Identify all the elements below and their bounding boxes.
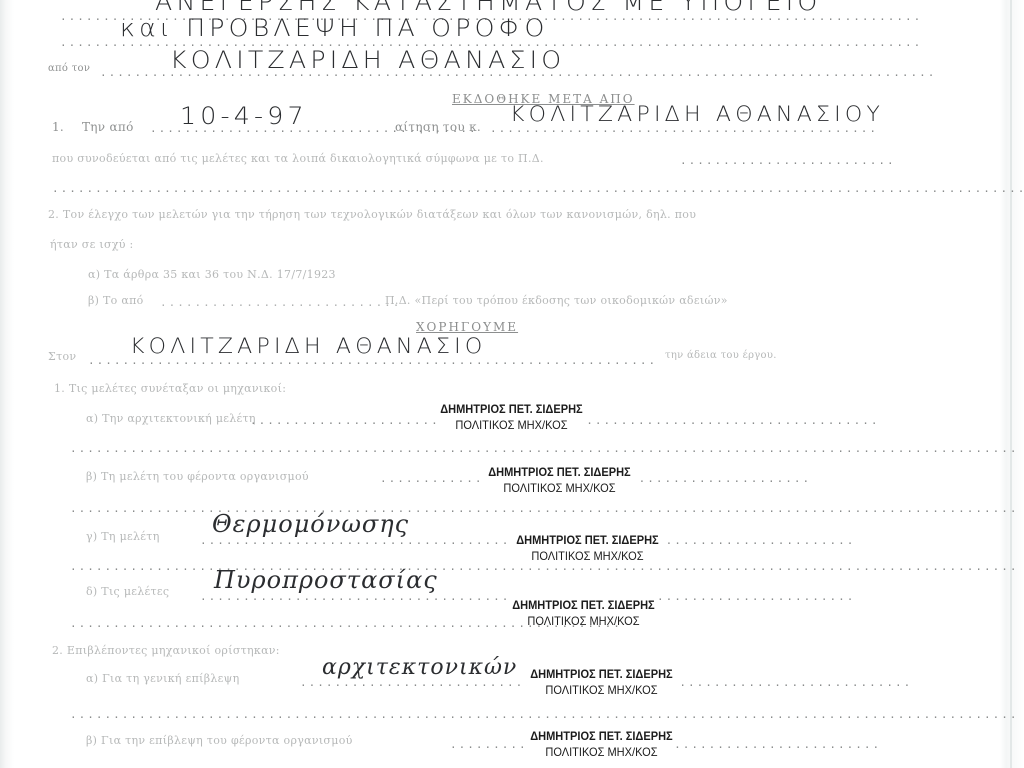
supervision-label: α) Για τη γενική επίβλεψη	[86, 672, 239, 685]
item2-sub-a: α) Τα άρθρα 35 και 36 του Ν.Δ. 17/7/1923	[88, 268, 336, 281]
study-label: α) Την αρχιτεκτονική μελέτη	[86, 412, 256, 425]
stamp-name: ΔΗΜΗΤΡΙΟΣ ΠΕΤ. ΣΙΔΕΡΗΣ	[530, 728, 672, 744]
dotted-leader: ........................................…	[70, 708, 1018, 721]
stamp-title: ΠΟΛΙΤΙΚΟΣ ΜΗΧ/ΚΟΣ	[530, 744, 672, 760]
handwritten-from-value: ΚΟΛΙΤΖΑΡΙΔΗ ΑΘΑΝΑΣΙΟ	[170, 46, 565, 74]
study-label: γ) Τη μελέτη	[86, 530, 160, 543]
dotted-leader: ........................................…	[70, 762, 1018, 768]
stamp-title: ΠΟΛΙΤΙΚΟΣ ΜΗΧ/ΚΟΣ	[530, 682, 672, 698]
study-label: β) Τη μελέτη του φέροντα οργανισμού	[86, 470, 309, 483]
grant-suffix: την άδεια του έργου.	[665, 350, 777, 361]
engineer-stamp: ΔΗΜΗΤΡΙΟΣ ΠΕΤ. ΣΙΔΕΡΗΣ ΠΟΛΙΤΙΚΟΣ ΜΗΧ/ΚΟΣ	[485, 464, 635, 496]
handwritten-study-type: Θερμομόνωσης	[212, 510, 409, 538]
scanned-document-page: ........................................…	[0, 0, 1024, 768]
stamp-title: ΠΟΛΙΤΙΚΟΣ ΜΗΧ/ΚΟΣ	[440, 417, 582, 433]
handwritten-applicant: ΚΟΛΙΤΖΑΡΙΔΗ ΑΘΑΝΑΣΙΟΥ	[510, 102, 884, 126]
scan-edge	[1010, 0, 1012, 768]
supervision-label: β) Για την επίβλεψη του φέροντα οργανισμ…	[86, 734, 353, 747]
stamp-name: ΔΗΜΗΤΡΙΟΣ ΠΕΤ. ΣΙΔΕΡΗΣ	[530, 666, 672, 682]
handwritten-subject-line-2: και ΠΡΟΒΛΕΨΗ ΠΑ ΟΡΟΦΟ	[120, 14, 549, 42]
item2-sub-b-suffix: Π.Δ. «Περί του τρόπου έκδοσης των οικοδο…	[385, 294, 728, 307]
study-label: δ) Τις μελέτες	[86, 585, 169, 598]
stamp-name: ΔΗΜΗΤΡΙΟΣ ΠΕΤ. ΣΙΔΕΡΗΣ	[440, 401, 582, 417]
stamp-name: ΔΗΜΗΤΡΙΟΣ ΠΕΤ. ΣΙΔΕΡΗΣ	[488, 464, 630, 480]
from-label: από τον	[48, 63, 90, 74]
supervision-intro: 2. Επιβλέποντες μηχανικοί ορίστηκαν:	[52, 644, 280, 657]
item1-middle: αίτηση του κ.	[395, 120, 481, 134]
dotted-leader: ............................	[160, 296, 401, 309]
stamp-title: ΠΟΛΙΤΙΚΟΣ ΜΗΧ/ΚΟΣ	[488, 480, 630, 496]
dotted-leader: ........................................…	[52, 182, 1024, 195]
item2-continuation: ήταν σε ισχύ :	[50, 238, 134, 251]
dotted-leader: .........................	[680, 154, 896, 167]
item1-number: 1.	[52, 120, 64, 134]
engineer-stamp: ΔΗΜΗΤΡΙΟΣ ΠΕΤ. ΣΙΔΕΡΗΣ ΠΟΛΙΤΙΚΟΣ ΜΗΧ/ΚΟΣ	[437, 401, 587, 433]
handwritten-grant-value: ΚΟΛΙΤΖΑΡΙΔΗ ΑΘΑΝΑΣΙΟ	[130, 334, 486, 358]
handwritten-study-type: Πυροπροστασίας	[214, 566, 438, 594]
handwritten-date: 10-4-97	[180, 102, 308, 130]
stamp-name: ΔΗΜΗΤΡΙΟΣ ΠΕΤ. ΣΙΔΕΡΗΣ	[516, 532, 658, 548]
engineer-stamp: ΔΗΜΗΤΡΙΟΣ ΠΕΤ. ΣΙΔΕΡΗΣ ΠΟΛΙΤΙΚΟΣ ΜΗΧ/ΚΟΣ	[527, 666, 677, 698]
item2-sub-b-prefix: β) Το από	[88, 294, 144, 307]
handwritten-supervision-type: αρχιτεκτονικών	[322, 655, 517, 680]
dotted-leader: ........................................…	[70, 442, 1018, 455]
item1-continuation: που συνοδεύεται από τις μελέτες και τα λ…	[52, 152, 544, 165]
item2-text: 2. Τον έλεγχο των μελετών για την τήρηση…	[48, 208, 696, 221]
engineer-stamp: ΔΗΜΗΤΡΙΟΣ ΠΕΤ. ΣΙΔΕΡΗΣ ΠΟΛΙΤΙΚΟΣ ΜΗΧ/ΚΟΣ	[527, 728, 677, 760]
grant-prefix: Στον	[48, 350, 76, 363]
item1-prefix: Την από	[82, 120, 134, 134]
stamp-name: ΔΗΜΗΤΡΙΟΣ ΠΕΤ. ΣΙΔΕΡΗΣ	[512, 597, 654, 613]
grant-heading: ΧΟΡΗΓΟΥΜΕ	[416, 320, 518, 334]
dotted-leader: ........................................…	[70, 617, 622, 630]
studies-intro: 1. Τις μελέτες συνέταξαν οι μηχανικοί:	[54, 382, 286, 395]
dotted-leader: ........................................…	[70, 560, 1018, 573]
